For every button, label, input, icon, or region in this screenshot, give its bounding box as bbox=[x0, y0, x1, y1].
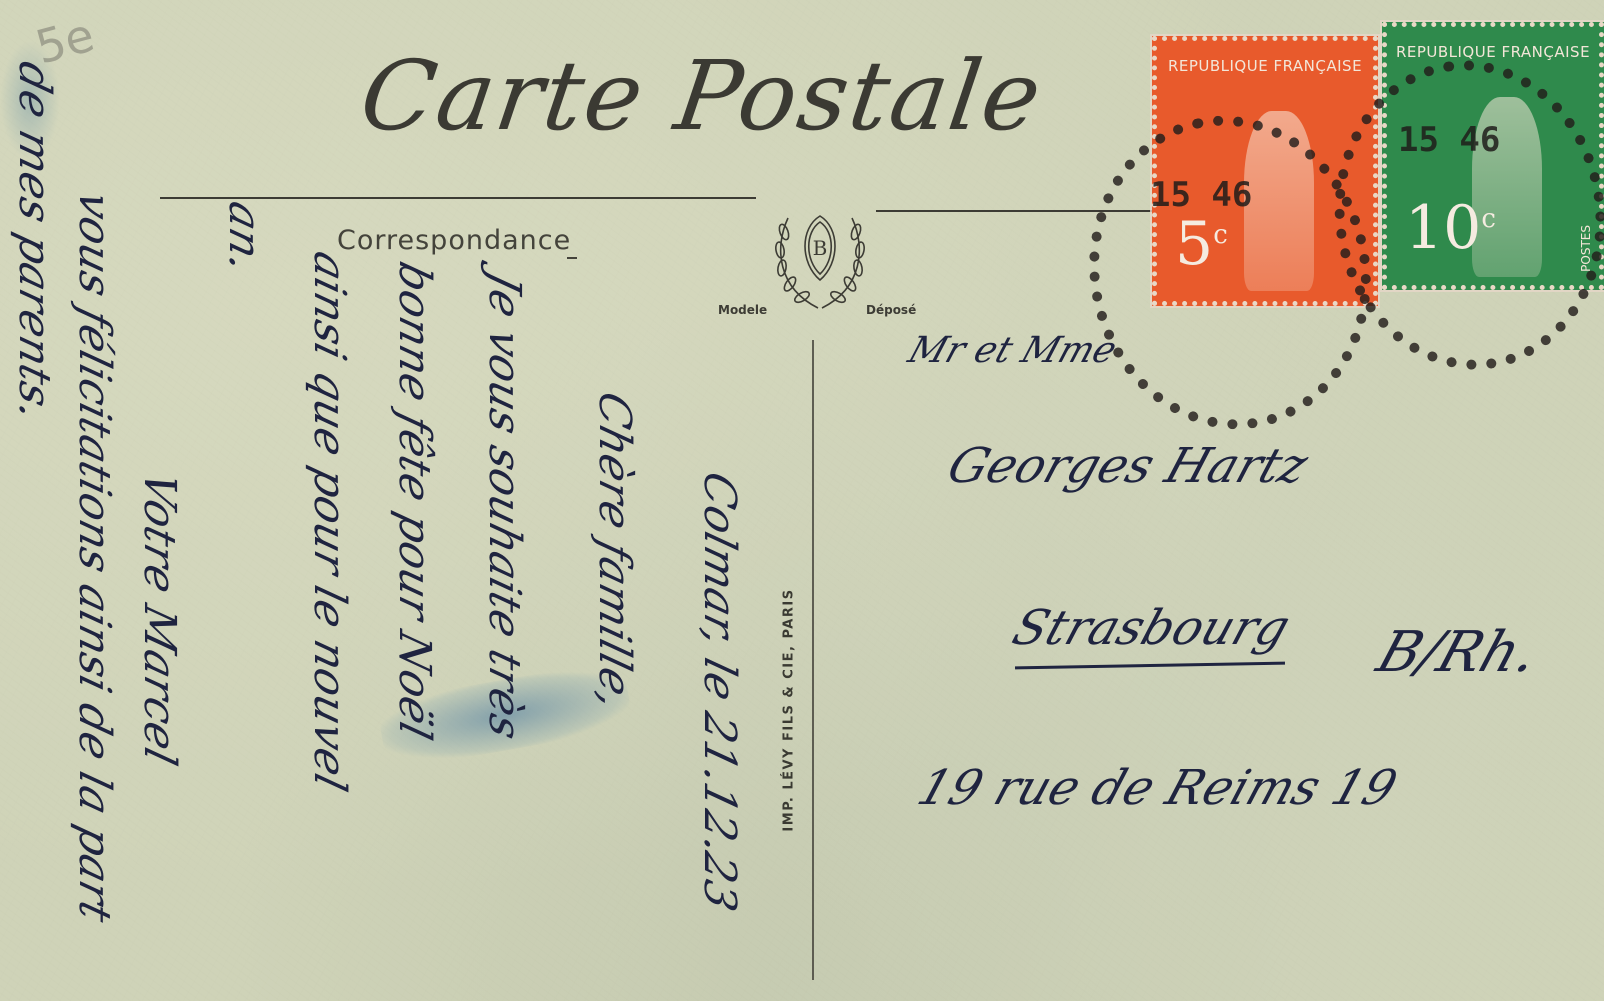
emblem-caption-left: Modele bbox=[718, 303, 767, 317]
message-line: ainsi que pour le nouvel bbox=[304, 246, 355, 796]
message-place-date: Colmar, le 21.12.23 bbox=[694, 466, 745, 916]
stamp-country: REPUBLIQUE FRANÇAISE bbox=[1387, 43, 1599, 61]
address-line-4: 19 rue de Reims 19 bbox=[911, 760, 1404, 816]
stamp-country: REPUBLIQUE FRANÇAISE bbox=[1157, 57, 1373, 75]
postmark-time: 15 46 bbox=[1150, 175, 1252, 215]
emblem-caption-right: Déposé bbox=[866, 303, 916, 317]
message-line: Je vous souhaite très bbox=[479, 266, 530, 745]
address-line-3: Strasbourg bbox=[1006, 600, 1297, 656]
message-salutation: Chère famille, bbox=[589, 386, 640, 715]
message-line: de mes parents. bbox=[9, 56, 60, 426]
message-line: bonne fête pour Noël bbox=[389, 256, 440, 744]
address-line-2: Georges Hartz bbox=[941, 438, 1315, 494]
address-line-1: Mr et Mme bbox=[903, 330, 1121, 371]
postmark-time: 15 46 bbox=[1398, 120, 1500, 160]
center-divider bbox=[812, 340, 814, 980]
laurel-emblem-icon: B bbox=[770, 208, 870, 314]
message-line: an. bbox=[219, 196, 270, 278]
message-line: vous félicitations ainsi de la part bbox=[69, 186, 120, 927]
printer-credit: IMP. LÉVY FILS & CIE, PARIS bbox=[782, 588, 797, 831]
correspondence-label: Correspondance bbox=[337, 225, 571, 256]
divider-left bbox=[160, 197, 756, 199]
message-signature: Votre Marcel bbox=[134, 466, 185, 770]
svg-text:B: B bbox=[813, 236, 828, 260]
postcard-title: Carte Postale bbox=[354, 40, 1049, 152]
address-region: B/Rh. bbox=[1369, 620, 1546, 685]
postcard-back: 5e Carte Postale Correspondance B bbox=[0, 0, 1604, 1001]
